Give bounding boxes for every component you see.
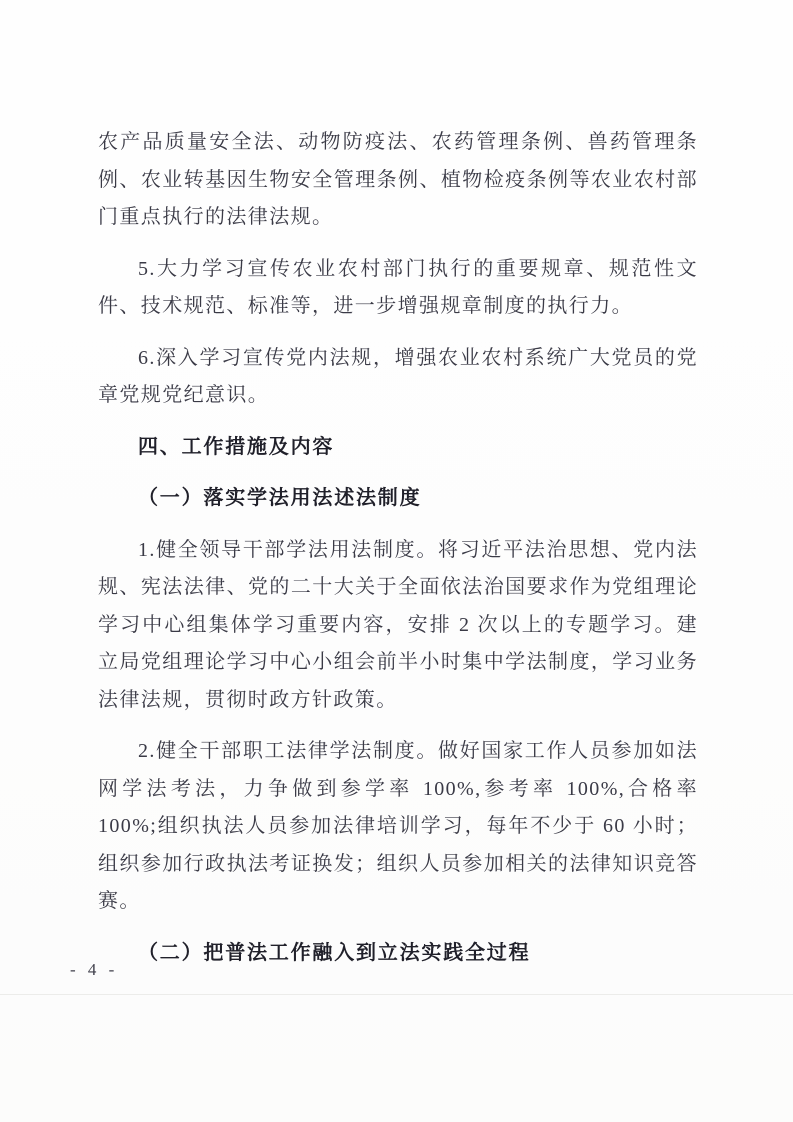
body-paragraph-item-6: 6.深入学习宣传党内法规，增强农业农村系统广大党员的党章党规党纪意识。 <box>98 340 698 415</box>
body-paragraph-agriculture-laws: 农产品质量安全法、动物防疫法、农药管理条例、兽药管理条例、农业转基因生物安全管理… <box>98 124 698 237</box>
subsection-heading-2: （二）把普法工作融入到立法实践全过程 <box>98 935 698 973</box>
scan-fold-line <box>0 994 793 995</box>
document-body: 农产品质量安全法、动物防疫法、农药管理条例、兽药管理条例、农业转基因生物安全管理… <box>98 124 698 986</box>
body-paragraph-item-1: 1.健全领导干部学法用法制度。将习近平法治思想、党内法规、宪法法律、党的二十大关… <box>98 532 698 720</box>
section-heading-4: 四、工作措施及内容 <box>98 429 698 467</box>
body-paragraph-item-5: 5.大力学习宣传农业农村部门执行的重要规章、规范性文件、技术规范、标准等，进一步… <box>98 251 698 326</box>
document-page: 农产品质量安全法、动物防疫法、农药管理条例、兽药管理条例、农业转基因生物安全管理… <box>0 0 793 1122</box>
page-number: - 4 - <box>70 960 118 980</box>
body-paragraph-item-2: 2.健全干部职工法律学法制度。做好国家工作人员参加如法网学法考法，力争做到参学率… <box>98 733 698 921</box>
subsection-heading-1: （一）落实学法用法述法制度 <box>98 480 698 518</box>
